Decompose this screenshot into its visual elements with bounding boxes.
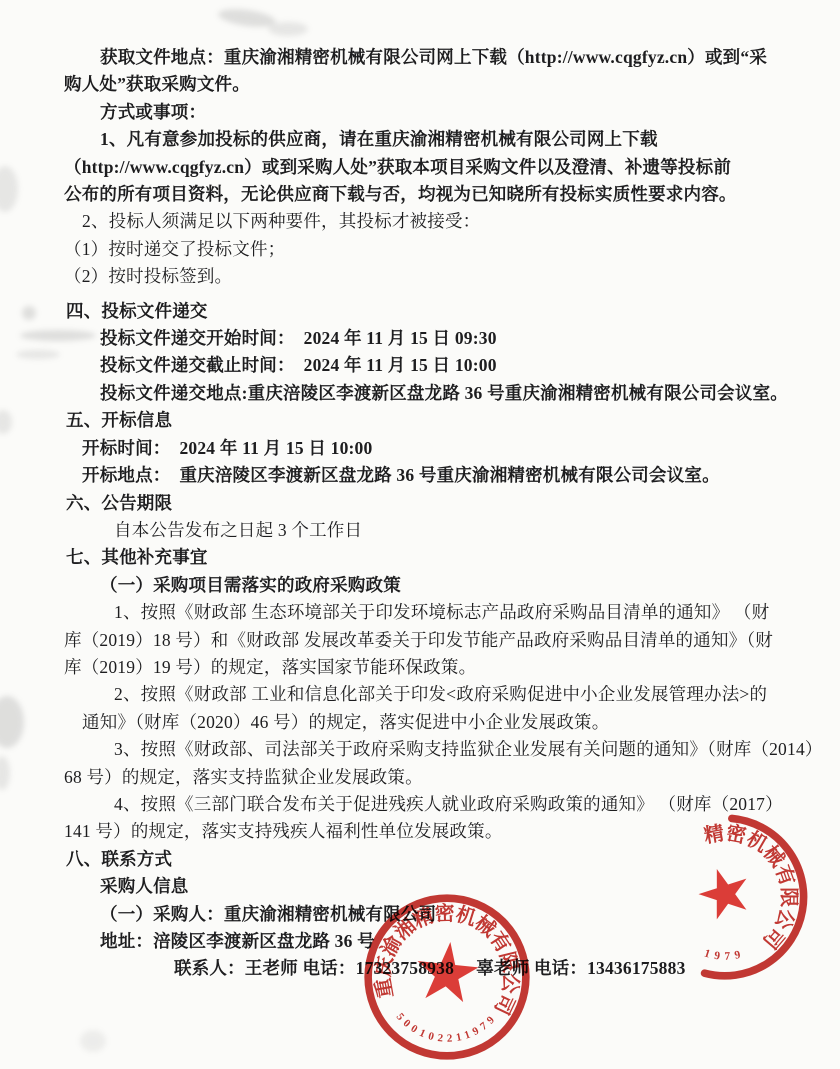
text-line: 六、公告期限 bbox=[64, 490, 804, 517]
text-line: 1、凡有意参加投标的供应商，请在重庆渝湘精密机械有限公司网上下载 bbox=[64, 126, 804, 153]
text-line: （2）按时投标签到。 bbox=[64, 263, 804, 290]
text-line: 自本公告发布之日起 3 个工作日 bbox=[64, 517, 804, 544]
text-line: 五、开标信息 bbox=[64, 407, 804, 434]
seal-year-text: 1979 bbox=[703, 947, 742, 962]
text-line: 投标文件递交开始时间： 2024 年 11 月 15 日 09:30 bbox=[64, 325, 804, 352]
text-line: 四、投标文件递交 bbox=[64, 298, 804, 325]
text-line: 2、按照《财政部 工业和信息化部关于印发<政府采购促进中小企业发展管理办法>的 bbox=[64, 681, 804, 708]
text-line: 通知》（财库（2020）46 号）的规定，落实促进中小企业发展政策。 bbox=[64, 709, 804, 736]
text-line: 1、按照《财政部 生态环境部关于印发环境标志产品政府采购品目清单的通知》 （财 bbox=[64, 599, 804, 626]
scan-smudge bbox=[22, 306, 36, 320]
scan-smudge bbox=[0, 696, 24, 748]
svg-text:500102211979: 500102211979 bbox=[394, 1011, 498, 1045]
text-line: （一）采购项目需落实的政府采购政策 bbox=[64, 572, 804, 599]
text-line: 库（2019）19 号）的规定，落实国家节能环保政策。 bbox=[64, 654, 804, 681]
scan-smudge bbox=[0, 410, 12, 434]
svg-text:精密机械有限公司: 精密机械有限公司 bbox=[702, 820, 800, 953]
scan-smudge bbox=[16, 350, 60, 359]
text-line: 获取文件地点：重庆渝湘精密机械有限公司网上下载（http://www.cqgfy… bbox=[64, 44, 804, 71]
text-line: 公布的所有项目资料，无论供应商下载与否，均视为已知晓所有投标实质性要求内容。 bbox=[64, 181, 804, 208]
star-icon bbox=[693, 861, 756, 922]
text-line: 2、投标人须满足以下两种要件，其投标才被接受： bbox=[64, 208, 804, 235]
scan-smudge bbox=[80, 1030, 106, 1052]
text-line: 购人处”获取采购文件。 bbox=[64, 71, 804, 98]
scan-smudge bbox=[0, 166, 18, 212]
svg-text:1979: 1979 bbox=[703, 947, 742, 962]
edge-seal: 精密机械有限公司 1979 bbox=[630, 802, 820, 992]
text-line: 方式或事项： bbox=[64, 99, 804, 126]
seal-company-text: 精密机械有限公司 bbox=[702, 820, 800, 953]
company-seal: 重庆渝湘精密机械有限公司 500102211979 bbox=[352, 882, 542, 1069]
star-icon bbox=[414, 939, 481, 1004]
text-line: 68 号）的规定，落实支持监狱企业发展政策。 bbox=[64, 764, 804, 791]
text-line: 库（2019）18 号）和《财政部 发展改革委关于印发节能产品政府采购品目清单的… bbox=[64, 627, 804, 654]
scan-smudge bbox=[268, 22, 308, 36]
text-line: （1）按时递交了投标文件； bbox=[64, 236, 804, 263]
text-line: 开标地点： 重庆涪陵区李渡新区盘龙路 36 号重庆渝湘精密机械有限公司会议室。 bbox=[64, 462, 804, 489]
text-line: 投标文件递交地点:重庆涪陵区李渡新区盘龙路 36 号重庆渝湘精密机械有限公司会议… bbox=[64, 380, 804, 407]
text-line: 七、其他补充事宜 bbox=[64, 544, 804, 571]
scan-smudge bbox=[0, 756, 10, 790]
document-page: { "page": { "background": "#fbfbf9", "in… bbox=[0, 0, 840, 1069]
text-line: （http://www.cqgfyz.cn）或到采购人处”获取本项目采购文件以及… bbox=[64, 154, 804, 181]
seal-number-text: 500102211979 bbox=[394, 1011, 498, 1045]
text-line: 投标文件递交截止时间： 2024 年 11 月 15 日 10:00 bbox=[64, 352, 804, 379]
scan-smudge bbox=[20, 330, 96, 341]
text-line: 3、按照《财政部、司法部关于政府采购支持监狱企业发展有关问题的通知》（财库（20… bbox=[64, 736, 804, 763]
text-line: 开标时间： 2024 年 11 月 15 日 10:00 bbox=[64, 435, 804, 462]
